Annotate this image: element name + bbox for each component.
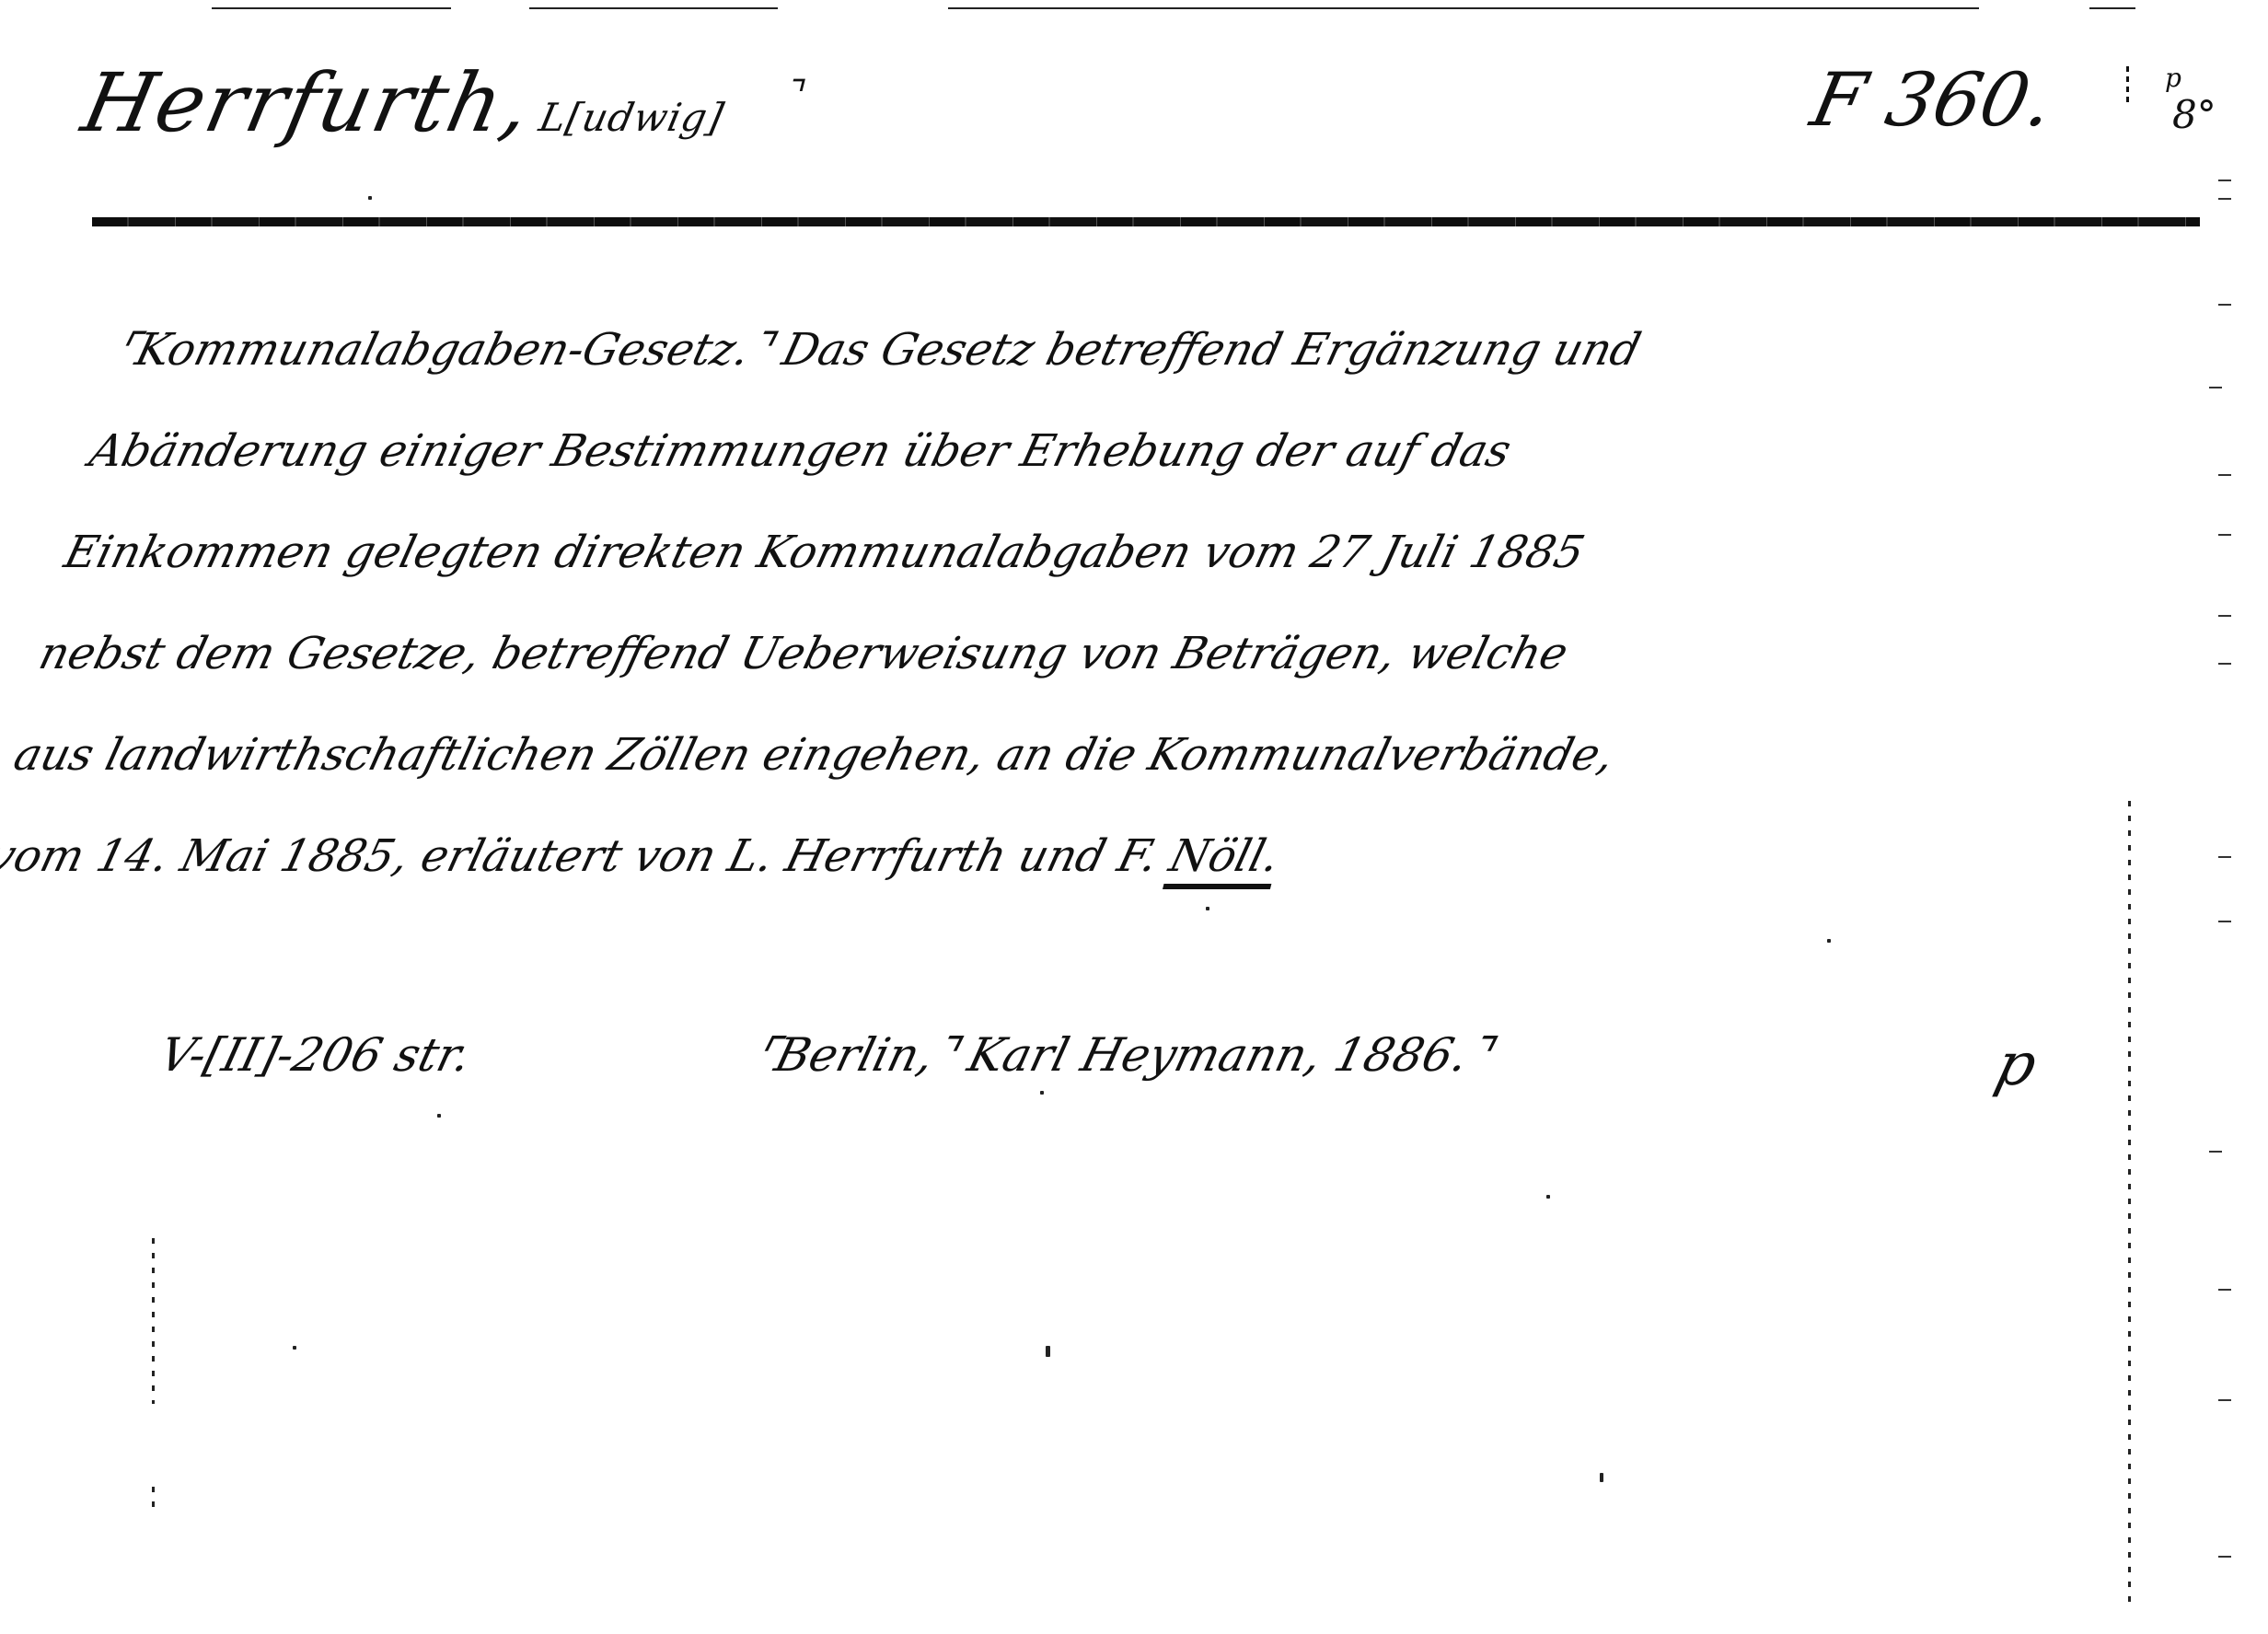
edge-tick (2218, 921, 2231, 922)
scan-speck (1206, 907, 1209, 910)
author-close-bracket: ⌝ (784, 74, 802, 116)
title-line: Abänderung einiger Bestimmungen über Erh… (78, 400, 2183, 502)
title-line: aus landwirthschaftlichen Zöllen eingehe… (3, 704, 2108, 805)
title-line-last-text: vom 14. Mai 1885, erläutert von L. Herrf… (0, 830, 1177, 882)
edge-tick (2209, 1151, 2222, 1153)
title-description: ⌜Kommunalabgaben-Gesetz.⌝ Das Gesetz bet… (0, 299, 2209, 907)
top-rule (948, 7, 1979, 9)
left-dotted-margin (152, 1238, 155, 1404)
title-line: nebst dem Gesetze, betreffend Ueberweisu… (28, 603, 2133, 704)
collation: V-[II]-206 str. (155, 1028, 477, 1082)
edge-tick (2218, 304, 2231, 306)
edge-tick (2218, 1399, 2231, 1401)
top-rule (2089, 7, 2135, 9)
scan-speck (1600, 1473, 1603, 1482)
title-line: ⌜Kommunalabgaben-Gesetz.⌝ Das Gesetz bet… (104, 299, 2209, 400)
shelfmark: F 360. (1804, 57, 2061, 143)
scan-speck (368, 196, 372, 200)
scan-speck (293, 1346, 296, 1350)
scan-speck (1546, 1195, 1550, 1199)
edge-tick (2218, 474, 2231, 476)
left-dotted-margin (152, 1487, 155, 1514)
author-given-name: L[udwig] (536, 95, 728, 140)
top-rule (529, 7, 778, 9)
author-heading: Herrfurth,L[udwig] (75, 55, 736, 150)
right-dotted-margin (2128, 801, 2131, 1611)
edge-tick (2218, 663, 2231, 665)
edge-tick (2218, 1556, 2231, 1558)
heading-divider (92, 217, 2200, 226)
underlined-coauthor: Nöll. (1164, 830, 1285, 882)
shelfmark-divider (2126, 66, 2129, 107)
catalog-card: Herrfurth,L[udwig] ⌝ F 360. p 8° ⌜Kommun… (0, 0, 2268, 1634)
scan-speck (1040, 1091, 1044, 1095)
edge-tick (2218, 198, 2231, 200)
edge-tick (2218, 615, 2231, 617)
edge-tick (2218, 856, 2231, 858)
edge-tick (2218, 180, 2231, 181)
shelfmark-superscript: p (2165, 63, 2181, 93)
title-line: Einkommen gelegten direkten Kommunalabga… (53, 502, 2158, 603)
scan-speck (1046, 1346, 1050, 1357)
top-rule (212, 7, 451, 9)
edge-tick (2209, 387, 2222, 388)
scan-speck (1827, 939, 1831, 943)
edge-tick (2218, 534, 2231, 536)
end-mark: p (1989, 1031, 2043, 1099)
scan-speck (437, 1114, 441, 1118)
author-surname: Herrfurth, (75, 55, 540, 150)
title-line-last: vom 14. Mai 1885, erläutert von L. Herrf… (0, 805, 2083, 907)
format-label: 8° (2172, 92, 2216, 137)
edge-tick (2218, 1289, 2231, 1291)
imprint: ⌜Berlin,⌝ Karl Heymann, 1886.⌝ (748, 1028, 1496, 1082)
